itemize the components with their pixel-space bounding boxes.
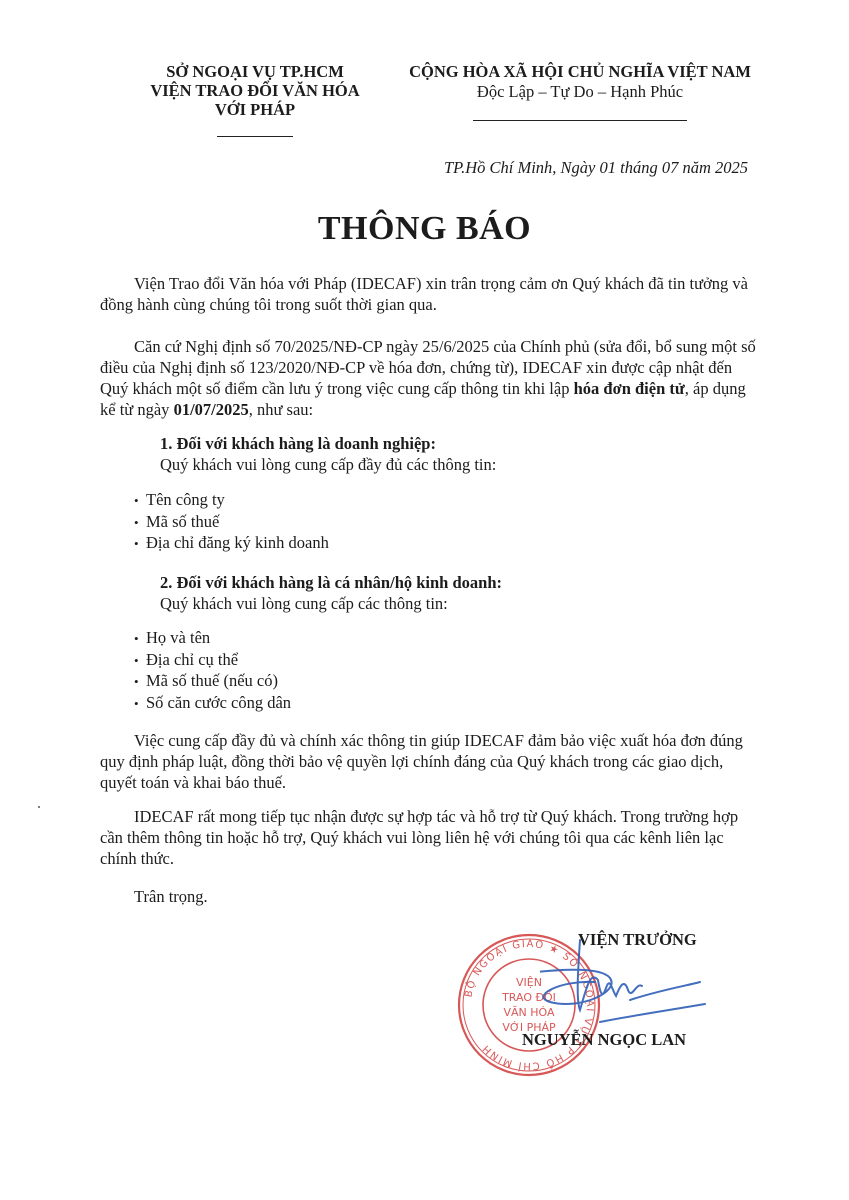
business-required-list: Tên công ty Mã số thuế Địa chỉ đăng ký k…	[134, 490, 329, 555]
list-item: Tên công ty	[134, 490, 329, 512]
document-title: THÔNG BÁO	[0, 210, 849, 248]
section-business: 1. Đối với khách hàng là doanh nghiệp: Q…	[160, 433, 496, 475]
section-heading: 2. Đối với khách hàng là cá nhân/hộ kinh…	[160, 572, 502, 593]
issuer-underline	[217, 136, 293, 137]
issuer-block: SỞ NGOẠI VỤ TP.HCM VIỆN TRAO ĐỔI VĂN HÓA…	[110, 62, 400, 137]
list-item: Mã số thuế (nếu có)	[134, 671, 291, 693]
effective-date-emphasis: 01/07/2025	[174, 400, 249, 419]
section-individual: 2. Đối với khách hàng là cá nhân/hộ kinh…	[160, 572, 502, 614]
national-header: CỘNG HÒA XÃ HỘI CHỦ NGHĨA VIỆT NAM Độc L…	[400, 62, 760, 121]
section-heading: 1. Đối với khách hàng là doanh nghiệp:	[160, 433, 496, 454]
issuer-line-2: VIỆN TRAO ĐỔI VĂN HÓA	[110, 81, 400, 100]
intro-text: Viện Trao đổi Văn hóa với Pháp (IDECAF) …	[100, 274, 748, 314]
basis-paragraph: Căn cứ Nghị định số 70/2025/NĐ-CP ngày 2…	[100, 336, 760, 420]
nation-name: CỘNG HÒA XÃ HỘI CHỦ NGHĨA VIỆT NAM	[400, 62, 760, 82]
contact-paragraph: IDECAF rất mong tiếp tục nhận được sự hợ…	[100, 806, 760, 869]
dateline: TP.Hồ Chí Minh, Ngày 01 tháng 07 năm 202…	[400, 158, 748, 178]
issuer-line-1: SỞ NGOẠI VỤ TP.HCM	[110, 62, 400, 81]
list-item: Họ và tên	[134, 628, 291, 650]
stamp-line: VIỆN	[516, 976, 542, 989]
motto-underline	[473, 120, 687, 121]
importance-paragraph: Việc cung cấp đầy đủ và chính xác thông …	[100, 730, 760, 793]
list-item: Địa chỉ đăng ký kinh doanh	[134, 533, 329, 555]
individual-required-list: Họ và tên Địa chỉ cụ thể Mã số thuế (nếu…	[134, 628, 291, 714]
list-item: Địa chỉ cụ thể	[134, 650, 291, 672]
basis-text-3: , như sau:	[249, 400, 313, 419]
scan-speck	[38, 806, 40, 808]
importance-text: Việc cung cấp đầy đủ và chính xác thông …	[100, 731, 743, 792]
section-instruction: Quý khách vui lòng cung cấp các thông ti…	[160, 593, 502, 614]
handwritten-signature-icon	[540, 930, 710, 1040]
contact-text: IDECAF rất mong tiếp tục nhận được sự hợ…	[100, 807, 738, 868]
list-item: Số căn cước công dân	[134, 693, 291, 715]
intro-paragraph: Viện Trao đổi Văn hóa với Pháp (IDECAF) …	[100, 273, 760, 315]
issuer-line-3: VỚI PHÁP	[110, 100, 400, 119]
national-motto: Độc Lập – Tự Do – Hạnh Phúc	[400, 82, 760, 102]
signatory-name: NGUYỄN NGỌC LAN	[522, 1030, 686, 1050]
closing-salutation: Trân trọng.	[134, 887, 208, 907]
e-invoice-emphasis: hóa đơn điện tử	[574, 379, 685, 398]
list-item: Mã số thuế	[134, 512, 329, 534]
section-instruction: Quý khách vui lòng cung cấp đầy đủ các t…	[160, 454, 496, 475]
